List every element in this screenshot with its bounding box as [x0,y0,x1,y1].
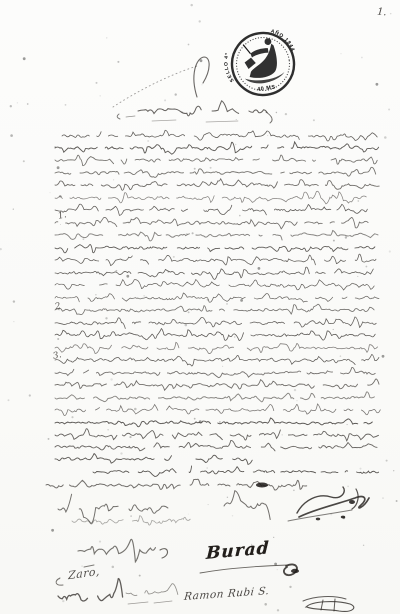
heading-underline-dashes [152,120,238,122]
official-seal: SELLO 4º AÑO 1844 40 MS [219,25,301,100]
heading-comma-tail [266,112,272,123]
heading-underline-dash [126,116,135,117]
seal-bottom-text: 40 MS [257,85,276,94]
seal-figure [240,37,286,86]
ramon-rubric-loop [306,602,354,612]
ink-flourishes [56,57,369,611]
margin-item-number-1: 1. [57,210,67,222]
body-handwriting [46,101,384,601]
ramon-rubric-top [303,597,346,601]
left-sig-tail [160,549,168,558]
heading-ascender-flourish [194,57,209,97]
margin-item-number-3: 3. [52,350,62,362]
burad-underline [200,565,288,573]
seal-branch [243,44,250,55]
manuscript-page: SELLO 4º AÑO 1844 40 MS [0,0,400,614]
left-sig-underline-dashes [128,601,172,604]
folio-number: 1. [377,7,387,19]
heading-dotted-flourish [113,66,197,107]
heading-lead-mark [117,114,120,119]
